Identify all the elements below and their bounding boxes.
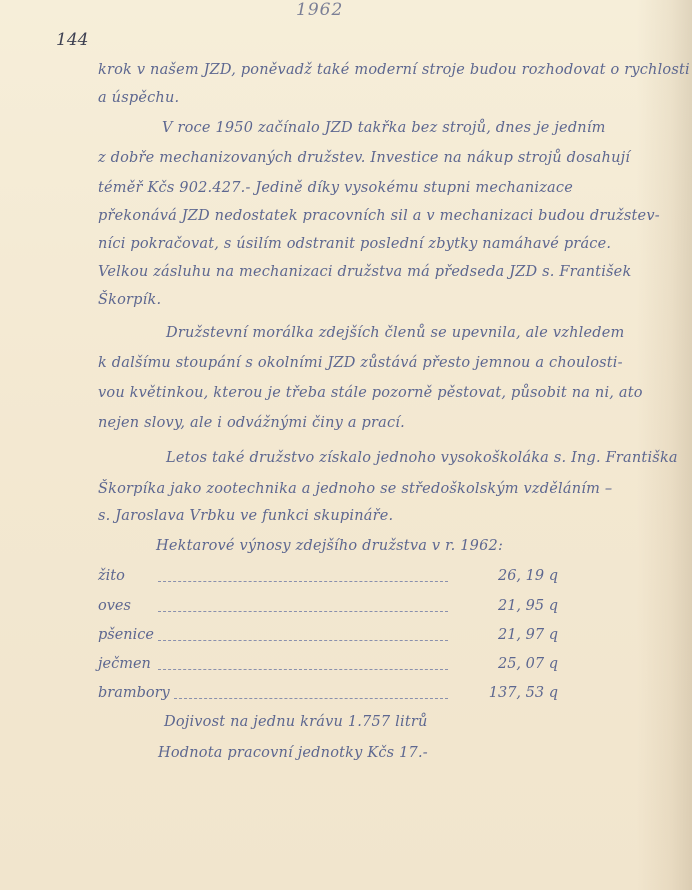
dotted-leader [158,669,448,670]
text-line: Letos také družstvo získalo jednoho vyso… [166,450,678,466]
text-line: níci pokračovat, s úsilím odstranit posl… [98,236,611,252]
yield-row: oves 21, 95 q [98,598,558,622]
milk-yield-line: Dojivost na jednu krávu 1.757 litrů [164,714,428,730]
text-line: překonává JZD nedostatek pracovních sil … [98,208,660,224]
crop-yield: 21, 97 q [498,627,558,643]
dotted-leader [158,611,448,612]
document-page: 1962 144 krok v našem JZD, poněvadž také… [0,0,692,890]
yields-heading: Hektarové výnosy zdejšího družstva v r. … [156,538,503,554]
yield-row: pšenice 21, 97 q [98,627,558,651]
text-line: Družstevní morálka zdejších členů se upe… [166,325,624,341]
crop-name: oves [98,598,131,614]
crop-yield: 137, 53 q [489,685,558,701]
text-line: Škorpíka jako zootechnika a jednoho se s… [98,481,612,497]
dotted-leader [158,581,448,582]
text-line: nejen slovy, ale i odvážnými činy a prac… [98,415,405,431]
yield-row: brambory 137, 53 q [98,685,558,709]
text-line: V roce 1950 začínalo JZD takřka bez stro… [162,120,606,136]
yield-row: žito 26, 19 q [98,568,558,592]
crop-name: žito [98,568,125,584]
crop-yield: 21, 95 q [498,598,558,614]
crop-name: ječmen [98,656,151,672]
text-line: vou květinkou, kterou je třeba stále poz… [98,385,643,401]
text-line: krok v našem JZD, poněvadž také moderní … [98,62,690,78]
yield-row: ječmen 25, 07 q [98,656,558,680]
text-line: z dobře mechanizovaných družstev. Invest… [98,150,630,166]
text-line: Velkou zásluhu na mechanizaci družstva m… [98,264,631,280]
work-unit-value-line: Hodnota pracovní jednotky Kčs 17.- [158,745,428,761]
crop-name: brambory [98,685,170,701]
text-line: Škorpík. [98,292,161,308]
crop-name: pšenice [98,627,154,643]
text-line: s. Jaroslava Vrbku ve funkci skupináře. [98,508,393,524]
text-line: a úspěchu. [98,90,179,106]
text-line: téměř Kčs 902.427.- Jedině díky vysokému… [98,180,573,196]
crop-yield: 25, 07 q [498,656,558,672]
dotted-leader [174,698,448,699]
dotted-leader [158,640,448,641]
crop-yield: 26, 19 q [498,568,558,584]
text-line: k dalšímu stoupání s okolními JZD zůstáv… [98,355,623,371]
page-year: 1962 [296,0,343,20]
page-number: 144 [56,30,88,50]
